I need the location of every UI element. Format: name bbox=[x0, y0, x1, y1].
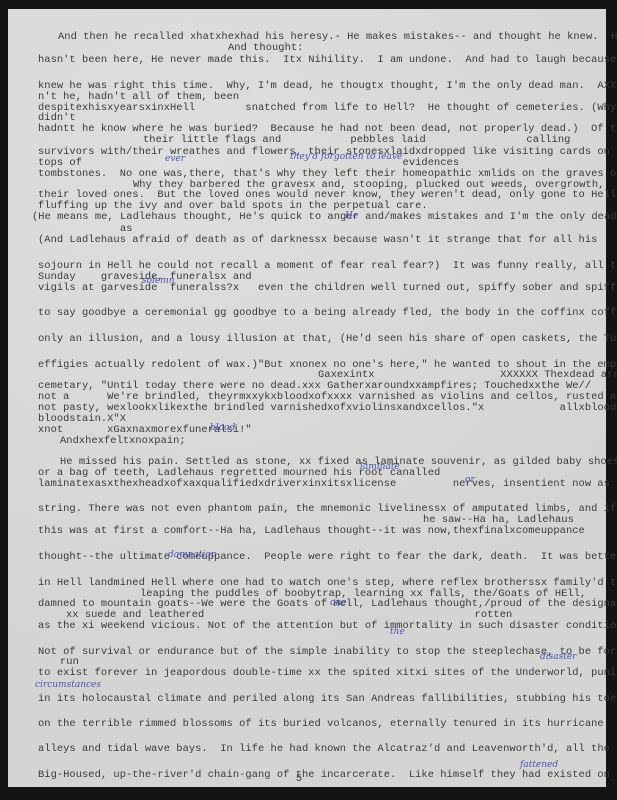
typed-line: in its holocaustal climate and periled a… bbox=[38, 693, 617, 705]
typed-line: Andxhexfeltxnoxpain; bbox=[60, 435, 186, 447]
typed-line: And thought: bbox=[228, 42, 303, 54]
handwritten-note: one bbox=[330, 598, 347, 608]
typed-line: vigils at garveside funeralss?x even the… bbox=[38, 282, 617, 294]
typed-line: And then he recalled xhatxhexhad his her… bbox=[58, 31, 617, 43]
typed-line: as the xi weekend vicious. Not of the at… bbox=[38, 620, 617, 632]
typed-line: Big-Housed, up-the-river'd chain-gang of… bbox=[38, 769, 610, 781]
handwritten-note: damnation bbox=[168, 550, 217, 560]
typed-line: hasn't been here, He never made this. It… bbox=[38, 54, 617, 66]
typed-line: thought--the ultimate comeuppance. Peopl… bbox=[38, 551, 617, 563]
handwritten-note: or bbox=[465, 475, 475, 485]
handwritten-note: blood bbox=[210, 423, 235, 433]
typed-line: this was at first a comfort--Ha ha, Ladl… bbox=[38, 525, 585, 537]
handwritten-note: He bbox=[345, 211, 358, 221]
handwritten-note: laminate bbox=[360, 462, 400, 472]
handwritten-note: they'd forgotten to leave bbox=[290, 152, 402, 162]
typed-line: on the terrible rimmed blossoms of its b… bbox=[38, 718, 604, 730]
typed-line: (And Ladlehaus afraid of death as of dar… bbox=[38, 234, 597, 246]
handwritten-note: solemn bbox=[142, 276, 175, 286]
typed-line: to say goodbye a ceremonial gg goodbye t… bbox=[38, 307, 617, 319]
typed-line: only an illusion, and a lousy illusion a… bbox=[38, 333, 617, 345]
typed-line: Not of survival or endurance but of the … bbox=[38, 646, 617, 658]
typewritten-page: And then he recalled xhatxhexhad his her… bbox=[8, 9, 606, 787]
page-number: 5 bbox=[296, 774, 302, 785]
typed-line: their little flags and pebbles laid call… bbox=[143, 134, 570, 146]
handwritten-note: circumstances bbox=[35, 680, 101, 690]
typed-line: (He means me, Ladlehaus thought, He's qu… bbox=[32, 211, 617, 223]
typed-line: laminatexasxthexheadxofxaxqualifiedxdriv… bbox=[38, 478, 610, 490]
handwritten-note: ever bbox=[165, 154, 185, 164]
handwritten-note: the bbox=[390, 627, 405, 637]
typed-line: despitexhisxyearsxinxHell snatched from … bbox=[38, 102, 616, 114]
typed-line: to exist forever in jeapordous double-ti… bbox=[38, 667, 617, 679]
handwritten-note: disaster bbox=[540, 652, 577, 662]
handwritten-note: fattened bbox=[520, 760, 558, 770]
typed-line: alleys and tidal wave bays. In life he h… bbox=[38, 743, 610, 755]
